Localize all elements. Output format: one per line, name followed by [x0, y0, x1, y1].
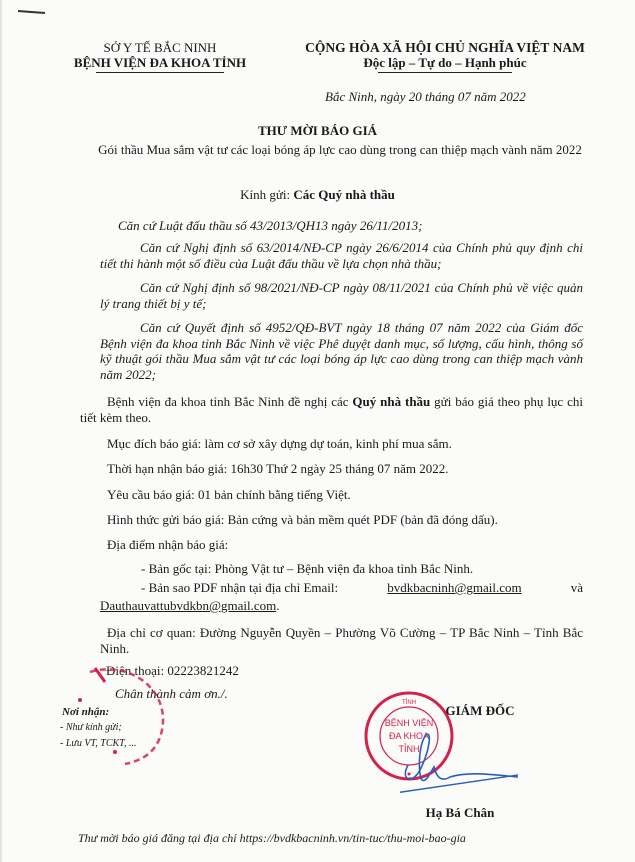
signer-title: GIÁM ĐỐC: [420, 703, 540, 719]
issuer-header: SỞ Y TẾ BẮC NINH BỆNH VIỆN ĐA KHOA TỈNH: [60, 40, 260, 73]
legal-basis-4: Căn cứ Quyết định số 4952/QĐ-BVT ngày 18…: [100, 320, 583, 382]
header-rule: [96, 72, 224, 73]
requirement-line: Yêu cầu báo giá: 01 bản chính bằng tiếng…: [107, 487, 351, 503]
pdf-email-line: - Bản sao PDF nhận tại địa chỉ Email: bv…: [141, 580, 583, 596]
request-recipient: Quý nhà thầu: [352, 394, 430, 409]
deadline-line: Thời hạn nhận báo giá: 16h30 Thứ 2 ngày …: [107, 461, 449, 477]
location-label: Địa điểm nhận báo giá:: [107, 537, 228, 553]
footer-note: Thư mời báo giá đăng tại địa chỉ https:/…: [78, 831, 466, 846]
email-link-secondary[interactable]: Dauthauvattubvdkbn@gmail.com: [100, 598, 276, 613]
email-link-primary[interactable]: bvdkbacninh@gmail.com: [387, 580, 521, 596]
legal-basis-2: Căn cứ Nghị định số 63/2014/NĐ-CP ngày 2…: [100, 240, 583, 271]
scan-mark: [18, 10, 45, 14]
secondary-email-line: Dauthauvattubvdkbn@gmail.com.: [100, 598, 280, 614]
greeting-recipient: Các Quý nhà thầu: [293, 187, 395, 202]
format-line: Hình thức gửi báo giá: Bản cứng và bản m…: [107, 512, 498, 528]
original-location: - Bản gốc tại: Phòng Vật tư – Bệnh viện …: [141, 561, 473, 577]
document-title: THƯ MỜI BÁO GIÁ: [0, 123, 635, 139]
dateline: Bắc Ninh, ngày 20 tháng 07 năm 2022: [325, 89, 526, 105]
legal-basis-1: Căn cứ Luật đấu thầu số 43/2013/QH13 ngà…: [118, 218, 583, 234]
department-name: SỞ Y TẾ BẮC NINH: [60, 40, 260, 55]
national-header: CỘNG HÒA XÃ HỘI CHỦ NGHĨA VIỆT NAM Độc l…: [270, 40, 620, 73]
document-page: SỞ Y TẾ BẮC NINH BỆNH VIỆN ĐA KHOA TỈNH …: [0, 0, 635, 862]
signer-name: Hạ Bá Chân: [400, 805, 520, 821]
greeting: Kính gửi: Các Quý nhà thầu: [0, 187, 635, 203]
greeting-prefix: Kính gửi:: [240, 187, 293, 202]
svg-text:TỈNH: TỈNH: [402, 699, 416, 706]
handwritten-signature: [400, 725, 520, 795]
document-subtitle: Gói thầu Mua sắm vật tư các loại bóng áp…: [70, 142, 610, 157]
nation-name: CỘNG HÒA XÃ HỘI CHỦ NGHĨA VIỆT NAM: [270, 40, 620, 55]
address-paragraph: Địa chỉ cơ quan: Đường Nguyễn Quyền – Ph…: [100, 625, 583, 656]
hospital-name: BỆNH VIỆN ĐA KHOA TỈNH: [60, 55, 260, 70]
national-motto: Độc lập – Tự do – Hạnh phúc: [270, 55, 620, 70]
partial-stamp-mark: [50, 660, 180, 770]
legal-basis-3: Căn cứ Nghị định số 98/2021/NĐ-CP ngày 0…: [100, 280, 583, 311]
purpose-line: Mục đích báo giá: làm cơ sở xây dựng dự …: [107, 436, 452, 452]
request-paragraph: Bệnh viện đa khoa tỉnh Bắc Ninh đề nghị …: [80, 394, 583, 425]
motto-rule: [378, 72, 512, 73]
